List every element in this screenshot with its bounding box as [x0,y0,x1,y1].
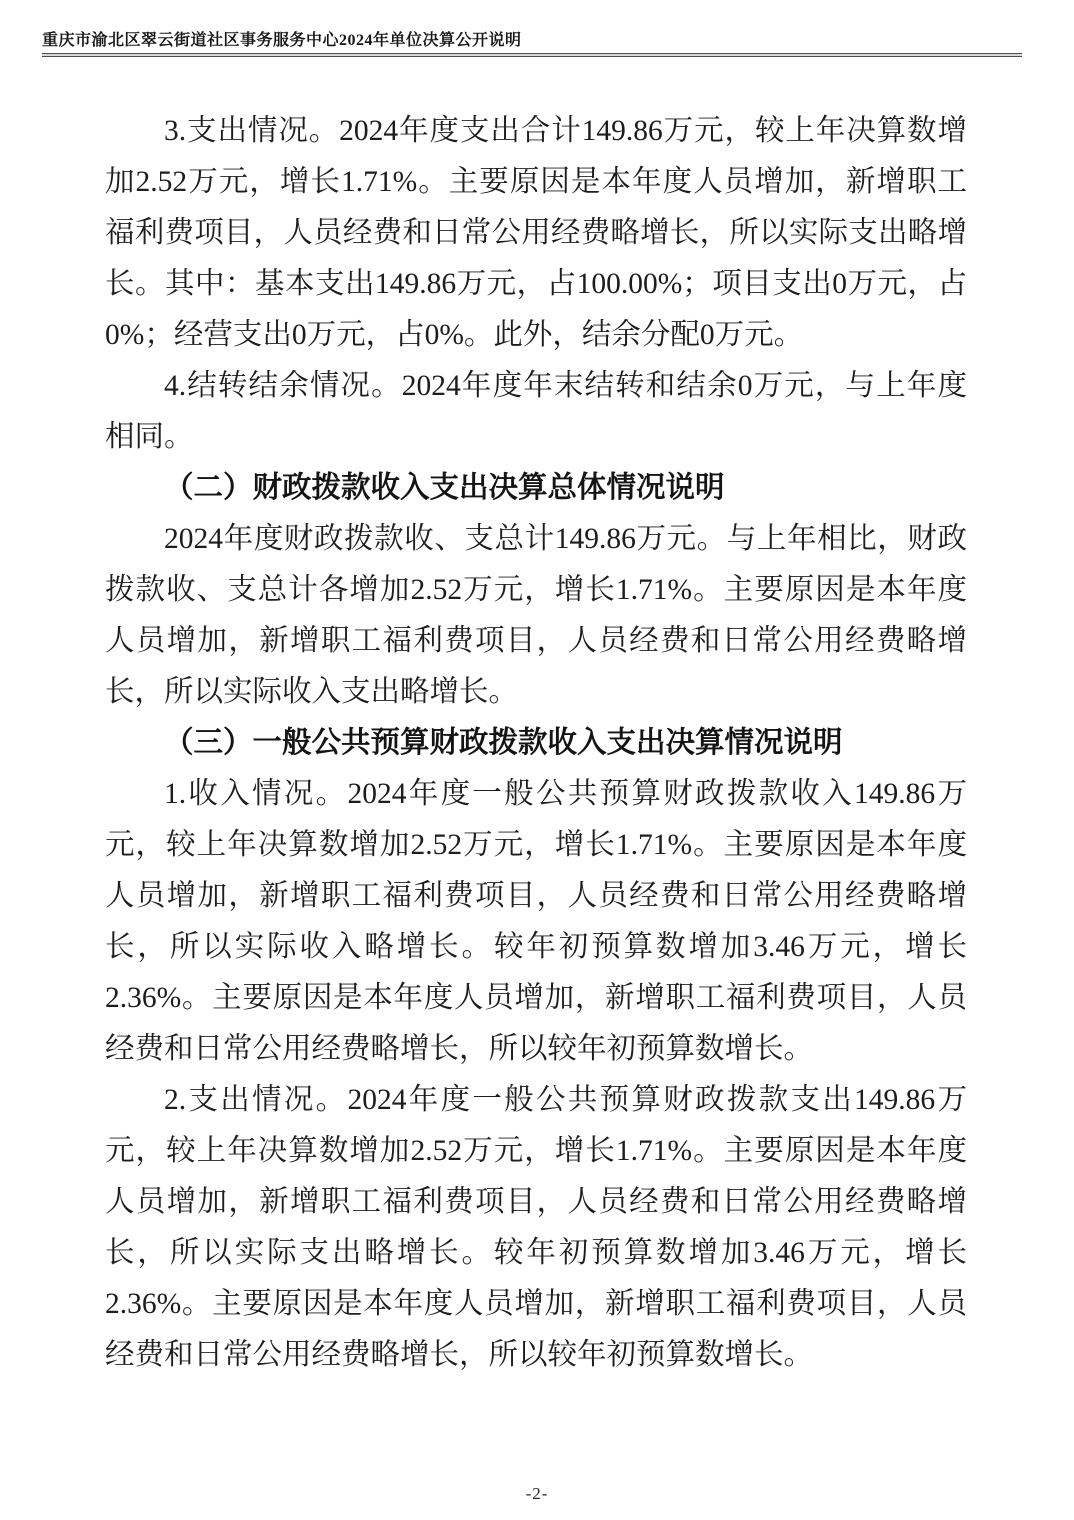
section-heading: （三）一般公共预算财政拨款收入支出决算情况说明 [105,718,967,769]
document-body: 3.支出情况。2024年度支出合计149.86万元，较上年决算数增加2.52万元… [105,106,967,1381]
page-footer: -2- [0,1484,1074,1504]
body-paragraph: 1.收入情况。2024年度一般公共预算财政拨款收入149.86万元，较上年决算数… [105,769,967,1075]
body-paragraph: 2024年度财政拨款收、支总计149.86万元。与上年相比，财政拨款收、支总计各… [105,514,967,718]
document-page: 重庆市渝北区翠云街道社区事务服务中心2024年单位决算公开说明 3.支出情况。2… [0,0,1074,1520]
body-paragraph: 2.支出情况。2024年度一般公共预算财政拨款支出149.86万元，较上年决算数… [105,1075,967,1381]
header-rule-line [42,53,1022,57]
header-title: 重庆市渝北区翠云街道社区事务服务中心2024年单位决算公开说明 [42,31,1022,51]
body-paragraph: 3.支出情况。2024年度支出合计149.86万元，较上年决算数增加2.52万元… [105,106,967,361]
body-paragraph: 4.结转结余情况。2024年度年末结转和结余0万元，与上年度相同。 [105,361,967,463]
page-header: 重庆市渝北区翠云街道社区事务服务中心2024年单位决算公开说明 [42,0,1022,57]
section-heading: （二）财政拨款收入支出决算总体情况说明 [105,463,967,514]
page-number: -2- [526,1484,549,1503]
